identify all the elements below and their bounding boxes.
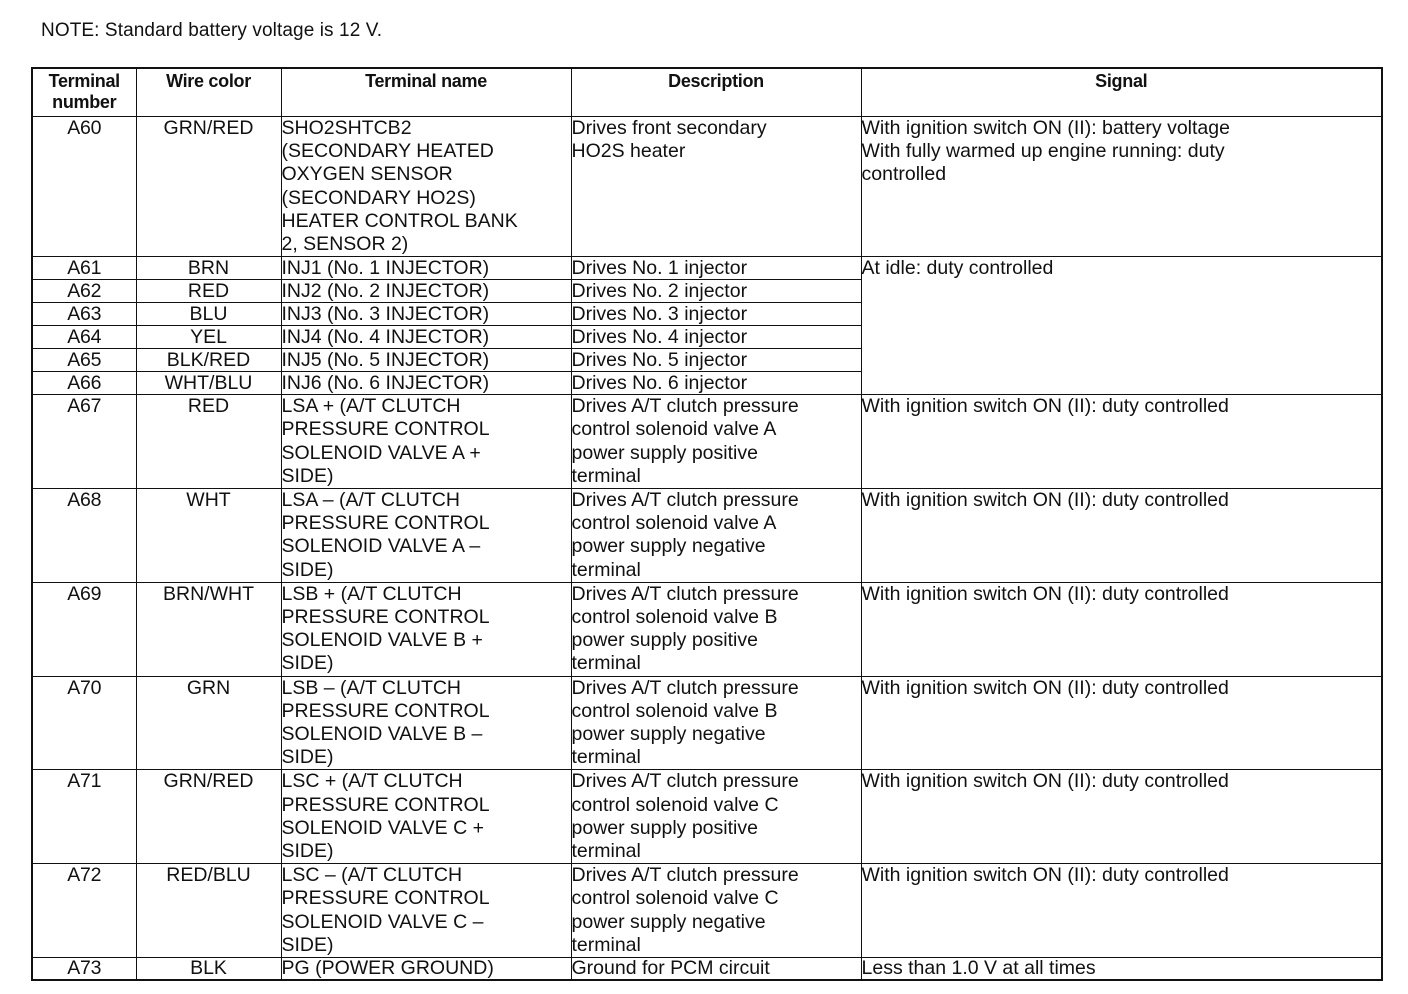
signal: With ignition switch ON (II): duty contr… [861, 864, 1382, 958]
terminal-number: A67 [32, 395, 136, 489]
terminal-number: A63 [32, 303, 136, 326]
wire-color: YEL [136, 326, 281, 349]
terminal-number: A60 [32, 117, 136, 257]
terminal-name: INJ1 (No. 1 INJECTOR) [281, 257, 571, 280]
signal: With ignition switch ON (II): duty contr… [861, 489, 1382, 583]
description: Drives No. 5 injector [571, 349, 861, 372]
pcm-terminal-table: Terminal number Wire color Terminal name… [31, 67, 1383, 981]
description: Drives No. 3 injector [571, 303, 861, 326]
table-row: A71 GRN/RED LSC + (A/T CLUTCH PRESSURE C… [32, 770, 1382, 864]
description: Drives A/T clutch pressure control solen… [571, 770, 861, 864]
description: Drives A/T clutch pressure control solen… [571, 395, 861, 489]
terminal-number: A73 [32, 958, 136, 981]
table-row: A68 WHT LSA – (A/T CLUTCH PRESSURE CONTR… [32, 489, 1382, 583]
terminal-number: A65 [32, 349, 136, 372]
table-row: A60 GRN/RED SHO2SHTCB2 (SECONDARY HEATED… [32, 117, 1382, 257]
battery-voltage-note: NOTE: Standard battery voltage is 12 V. [41, 20, 382, 42]
description: Ground for PCM circuit [571, 958, 861, 981]
wire-color: RED [136, 280, 281, 303]
table-header-row: Terminal number Wire color Terminal name… [32, 68, 1382, 117]
table-row: A61 BRN INJ1 (No. 1 INJECTOR) Drives No.… [32, 257, 1382, 280]
wire-color: GRN/RED [136, 770, 281, 864]
terminal-number: A64 [32, 326, 136, 349]
terminal-name: LSC + (A/T CLUTCH PRESSURE CONTROL SOLEN… [281, 770, 571, 864]
terminal-number: A70 [32, 676, 136, 770]
description: Drives No. 1 injector [571, 257, 861, 280]
wire-color: BLK [136, 958, 281, 981]
terminal-name: LSC – (A/T CLUTCH PRESSURE CONTROL SOLEN… [281, 864, 571, 958]
terminal-name: INJ5 (No. 5 INJECTOR) [281, 349, 571, 372]
terminal-name: LSB + (A/T CLUTCH PRESSURE CONTROL SOLEN… [281, 582, 571, 676]
signal: With ignition switch ON (II): duty contr… [861, 582, 1382, 676]
description: Drives No. 2 injector [571, 280, 861, 303]
wire-color: BLK/RED [136, 349, 281, 372]
wire-color: GRN [136, 676, 281, 770]
description: Drives No. 4 injector [571, 326, 861, 349]
table-row: A73 BLK PG (POWER GROUND) Ground for PCM… [32, 958, 1382, 981]
wire-color: RED [136, 395, 281, 489]
description: Drives front secondary HO2S heater [571, 117, 861, 257]
terminal-name: LSA + (A/T CLUTCH PRESSURE CONTROL SOLEN… [281, 395, 571, 489]
terminal-name: INJ3 (No. 3 INJECTOR) [281, 303, 571, 326]
terminal-number: A69 [32, 582, 136, 676]
description: Drives No. 6 injector [571, 372, 861, 395]
signal: With ignition switch ON (II): duty contr… [861, 395, 1382, 489]
wire-color: GRN/RED [136, 117, 281, 257]
signal: Less than 1.0 V at all times [861, 958, 1382, 981]
signal: With ignition switch ON (II): duty contr… [861, 770, 1382, 864]
terminal-name: INJ4 (No. 4 INJECTOR) [281, 326, 571, 349]
header-signal: Signal [861, 68, 1382, 117]
wire-color: WHT [136, 489, 281, 583]
signal: With ignition switch ON (II): duty contr… [861, 676, 1382, 770]
terminal-name: PG (POWER GROUND) [281, 958, 571, 981]
terminal-name: LSA – (A/T CLUTCH PRESSURE CONTROL SOLEN… [281, 489, 571, 583]
terminal-name: INJ6 (No. 6 INJECTOR) [281, 372, 571, 395]
terminal-name: SHO2SHTCB2 (SECONDARY HEATED OXYGEN SENS… [281, 117, 571, 257]
signal: With ignition switch ON (II): battery vo… [861, 117, 1382, 257]
terminal-name: LSB – (A/T CLUTCH PRESSURE CONTROL SOLEN… [281, 676, 571, 770]
table-row: A70 GRN LSB – (A/T CLUTCH PRESSURE CONTR… [32, 676, 1382, 770]
table-row: A67 RED LSA + (A/T CLUTCH PRESSURE CONTR… [32, 395, 1382, 489]
description: Drives A/T clutch pressure control solen… [571, 582, 861, 676]
table-row: A72 RED/BLU LSC – (A/T CLUTCH PRESSURE C… [32, 864, 1382, 958]
wire-color: BRN [136, 257, 281, 280]
wire-color: BRN/WHT [136, 582, 281, 676]
injector-group-signal: At idle: duty controlled [861, 257, 1382, 395]
terminal-number: A62 [32, 280, 136, 303]
terminal-number: A72 [32, 864, 136, 958]
description: Drives A/T clutch pressure control solen… [571, 676, 861, 770]
description: Drives A/T clutch pressure control solen… [571, 489, 861, 583]
table-row: A69 BRN/WHT LSB + (A/T CLUTCH PRESSURE C… [32, 582, 1382, 676]
header-description: Description [571, 68, 861, 117]
terminal-number: A71 [32, 770, 136, 864]
wire-color: RED/BLU [136, 864, 281, 958]
terminal-number: A68 [32, 489, 136, 583]
wire-color: WHT/BLU [136, 372, 281, 395]
terminal-number: A66 [32, 372, 136, 395]
terminal-number: A61 [32, 257, 136, 280]
header-terminal-number: Terminal number [32, 68, 136, 117]
description: Drives A/T clutch pressure control solen… [571, 864, 861, 958]
wire-color: BLU [136, 303, 281, 326]
header-terminal-name: Terminal name [281, 68, 571, 117]
terminal-name: INJ2 (No. 2 INJECTOR) [281, 280, 571, 303]
header-wire-color: Wire color [136, 68, 281, 117]
